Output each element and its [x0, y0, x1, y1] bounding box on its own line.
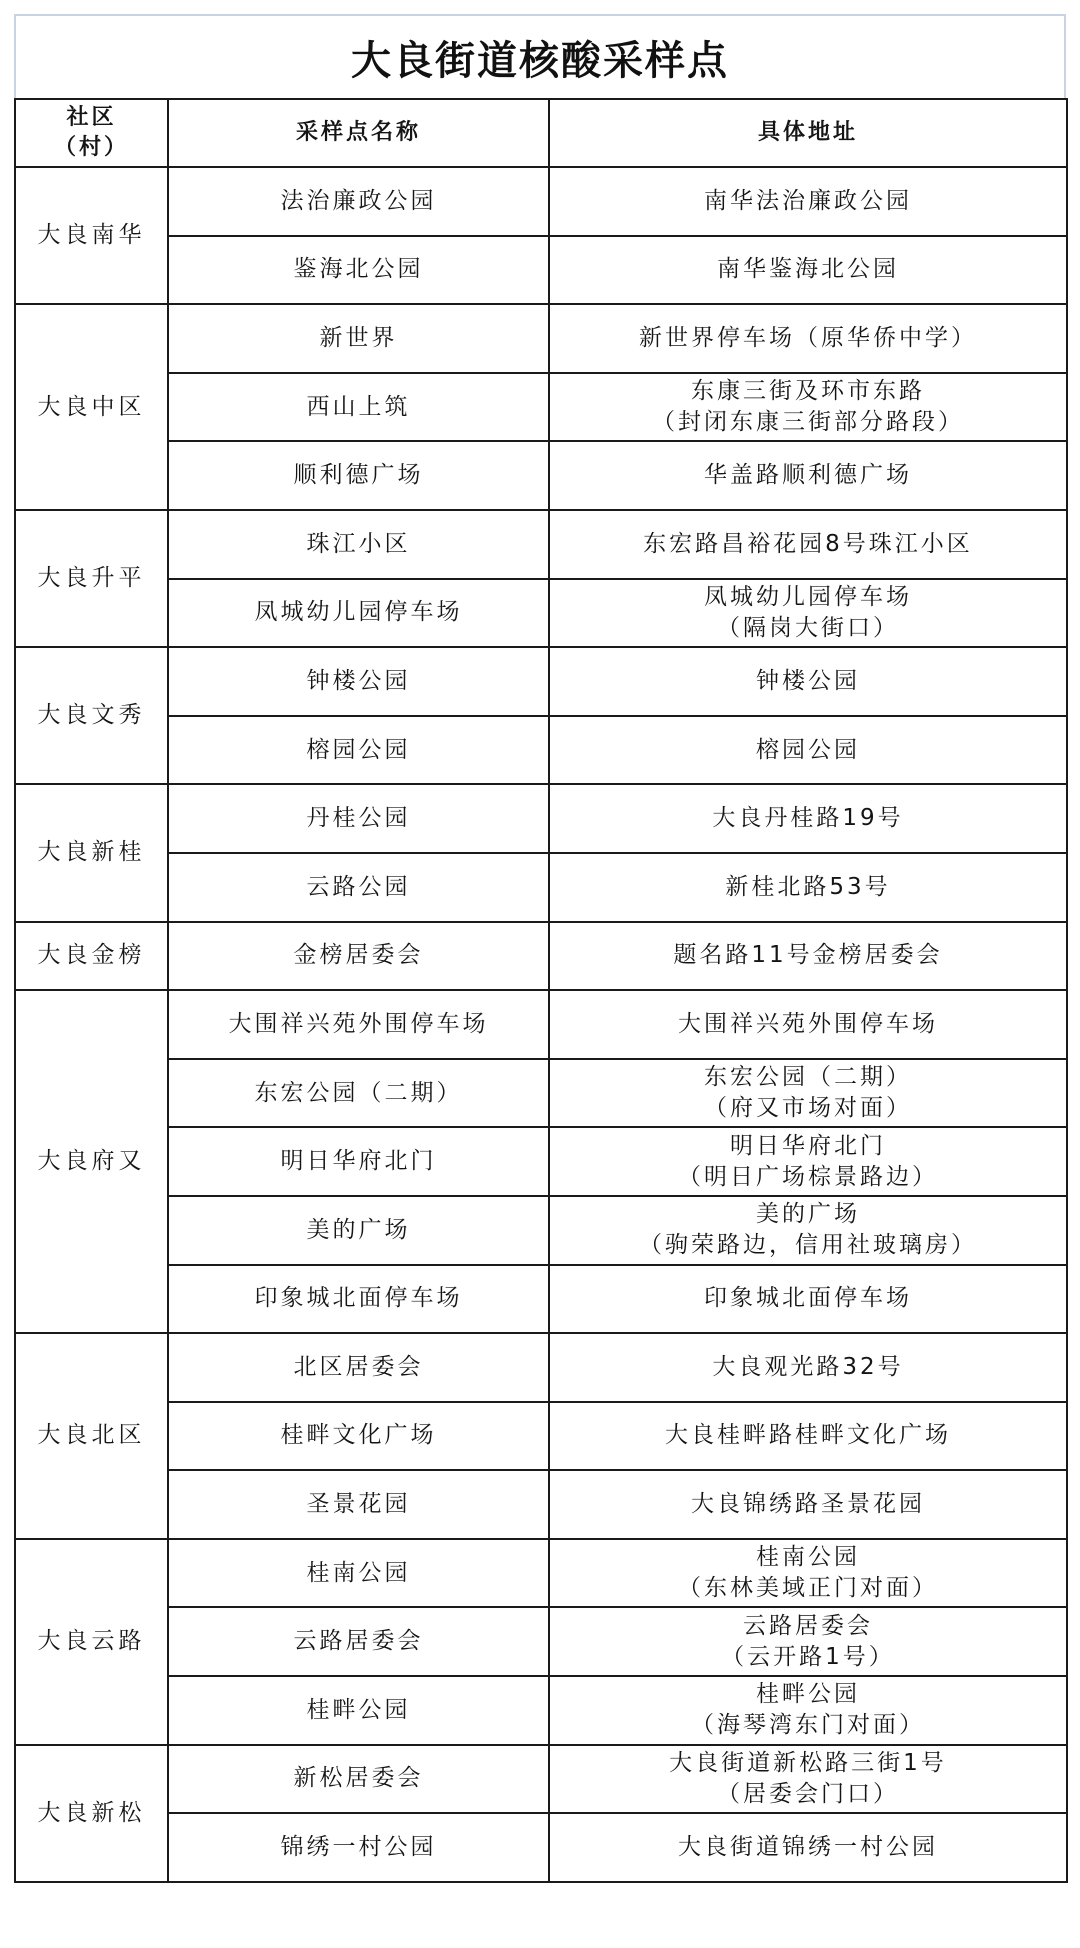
address-cell: 东宏公园（二期）（府又市场对面）	[549, 1059, 1067, 1128]
community-cell: 大良升平	[15, 510, 168, 647]
table-row: 圣景花园大良锦绣路圣景花园	[15, 1470, 1067, 1539]
site-name-cell: 桂南公园	[168, 1539, 549, 1608]
address-line: 大良观光路32号	[554, 1352, 1062, 1383]
community-cell: 大良金榜	[15, 922, 168, 991]
page-title: 大良街道核酸采样点	[14, 14, 1066, 98]
address-cell: 南华鉴海北公园	[549, 236, 1067, 305]
site-name-cell: 金榜居委会	[168, 922, 549, 991]
address-line: 美的广场	[554, 1199, 1062, 1230]
table-row: 榕园公园榕园公园	[15, 716, 1067, 785]
table-row: 明日华府北门明日华府北门（明日广场棕景路边）	[15, 1127, 1067, 1196]
address-line: 南华法治廉政公园	[554, 186, 1062, 217]
address-line: 新桂北路53号	[554, 872, 1062, 903]
community-cell: 大良北区	[15, 1333, 168, 1539]
table-row: 桂畔文化广场大良桂畔路桂畔文化广场	[15, 1402, 1067, 1471]
community-cell: 大良云路	[15, 1539, 168, 1745]
table-row: 大良北区北区居委会大良观光路32号	[15, 1333, 1067, 1402]
address-cell: 东康三街及环市东路（封闭东康三街部分路段）	[549, 373, 1067, 442]
address-line: 钟楼公园	[554, 666, 1062, 697]
address-line: 东宏公园（二期）	[554, 1062, 1062, 1093]
address-cell: 美的广场（驹荣路边，信用社玻璃房）	[549, 1196, 1067, 1265]
address-cell: 华盖路顺利德广场	[549, 441, 1067, 510]
table-row: 大良金榜金榜居委会题名路11号金榜居委会	[15, 922, 1067, 991]
site-name-cell: 锦绣一村公园	[168, 1813, 549, 1882]
address-cell: 凤城幼儿园停车场（隔岗大街口）	[549, 579, 1067, 648]
header-community-line1: 社区	[20, 103, 163, 133]
address-line: （封闭东康三街部分路段）	[554, 407, 1062, 438]
table-row: 大良升平珠江小区东宏路昌裕花园8号珠江小区	[15, 510, 1067, 579]
site-name-cell: 印象城北面停车场	[168, 1265, 549, 1334]
table-row: 云路居委会云路居委会（云开路1号）	[15, 1607, 1067, 1676]
table-row: 大良文秀钟楼公园钟楼公园	[15, 647, 1067, 716]
address-line: （居委会门口）	[554, 1779, 1062, 1810]
address-cell: 云路居委会（云开路1号）	[549, 1607, 1067, 1676]
table-row: 印象城北面停车场印象城北面停车场	[15, 1265, 1067, 1334]
site-name-cell: 圣景花园	[168, 1470, 549, 1539]
header-community: 社区 （村）	[15, 99, 168, 167]
address-line: 桂畔公园	[554, 1679, 1062, 1710]
community-cell: 大良文秀	[15, 647, 168, 784]
table-row: 东宏公园（二期）东宏公园（二期）（府又市场对面）	[15, 1059, 1067, 1128]
address-cell: 南华法治廉政公园	[549, 167, 1067, 236]
address-cell: 桂南公园（东林美域正门对面）	[549, 1539, 1067, 1608]
address-cell: 大良丹桂路19号	[549, 784, 1067, 853]
table-row: 大良新桂丹桂公园大良丹桂路19号	[15, 784, 1067, 853]
site-name-cell: 丹桂公园	[168, 784, 549, 853]
table-header-row: 社区 （村） 采样点名称 具体地址	[15, 99, 1067, 167]
community-cell: 大良新桂	[15, 784, 168, 921]
site-name-cell: 北区居委会	[168, 1333, 549, 1402]
address-cell: 钟楼公园	[549, 647, 1067, 716]
site-name-cell: 东宏公园（二期）	[168, 1059, 549, 1128]
address-line: 榕园公园	[554, 735, 1062, 766]
address-line: 东宏路昌裕花园8号珠江小区	[554, 529, 1062, 560]
site-name-cell: 法治廉政公园	[168, 167, 549, 236]
address-line: 明日华府北门	[554, 1131, 1062, 1162]
address-cell: 明日华府北门（明日广场棕景路边）	[549, 1127, 1067, 1196]
site-name-cell: 珠江小区	[168, 510, 549, 579]
table-row: 锦绣一村公园大良街道锦绣一村公园	[15, 1813, 1067, 1882]
site-name-cell: 大围祥兴苑外围停车场	[168, 990, 549, 1059]
site-name-cell: 榕园公园	[168, 716, 549, 785]
table-row: 顺利德广场华盖路顺利德广场	[15, 441, 1067, 510]
address-line: 大良桂畔路桂畔文化广场	[554, 1420, 1062, 1451]
address-cell: 大围祥兴苑外围停车场	[549, 990, 1067, 1059]
address-cell: 大良桂畔路桂畔文化广场	[549, 1402, 1067, 1471]
address-line: （云开路1号）	[554, 1642, 1062, 1673]
address-line: 凤城幼儿园停车场	[554, 582, 1062, 613]
address-cell: 新世界停车场（原华侨中学）	[549, 304, 1067, 373]
address-line: 桂南公园	[554, 1542, 1062, 1573]
site-name-cell: 桂畔公园	[168, 1676, 549, 1745]
address-cell: 新桂北路53号	[549, 853, 1067, 922]
address-cell: 大良街道锦绣一村公园	[549, 1813, 1067, 1882]
site-name-cell: 顺利德广场	[168, 441, 549, 510]
site-name-cell: 云路公园	[168, 853, 549, 922]
header-address: 具体地址	[549, 99, 1067, 167]
table-row: 鉴海北公园南华鉴海北公园	[15, 236, 1067, 305]
address-line: 大良锦绣路圣景花园	[554, 1489, 1062, 1520]
address-cell: 大良锦绣路圣景花园	[549, 1470, 1067, 1539]
address-line: （东林美域正门对面）	[554, 1573, 1062, 1604]
community-cell: 大良中区	[15, 304, 168, 510]
address-line: 新世界停车场（原华侨中学）	[554, 323, 1062, 354]
table-row: 美的广场美的广场（驹荣路边，信用社玻璃房）	[15, 1196, 1067, 1265]
address-line: 云路居委会	[554, 1611, 1062, 1642]
table-row: 云路公园新桂北路53号	[15, 853, 1067, 922]
site-name-cell: 桂畔文化广场	[168, 1402, 549, 1471]
table-row: 凤城幼儿园停车场凤城幼儿园停车场（隔岗大街口）	[15, 579, 1067, 648]
address-line: 大良丹桂路19号	[554, 803, 1062, 834]
address-line: 华盖路顺利德广场	[554, 460, 1062, 491]
address-line: （府又市场对面）	[554, 1093, 1062, 1124]
site-name-cell: 美的广场	[168, 1196, 549, 1265]
site-name-cell: 新世界	[168, 304, 549, 373]
address-line: （明日广场棕景路边）	[554, 1162, 1062, 1193]
table-row: 大良云路桂南公园桂南公园（东林美域正门对面）	[15, 1539, 1067, 1608]
header-site-name: 采样点名称	[168, 99, 549, 167]
site-name-cell: 钟楼公园	[168, 647, 549, 716]
address-cell: 大良观光路32号	[549, 1333, 1067, 1402]
site-name-cell: 鉴海北公园	[168, 236, 549, 305]
address-line: （隔岗大街口）	[554, 613, 1062, 644]
sampling-sites-table: 社区 （村） 采样点名称 具体地址 大良南华法治廉政公园南华法治廉政公园鉴海北公…	[14, 98, 1068, 1883]
address-cell: 东宏路昌裕花园8号珠江小区	[549, 510, 1067, 579]
site-name-cell: 西山上筑	[168, 373, 549, 442]
address-line: 东康三街及环市东路	[554, 376, 1062, 407]
site-name-cell: 明日华府北门	[168, 1127, 549, 1196]
address-line: （驹荣路边，信用社玻璃房）	[554, 1230, 1062, 1261]
table-body: 大良南华法治廉政公园南华法治廉政公园鉴海北公园南华鉴海北公园大良中区新世界新世界…	[15, 167, 1067, 1882]
address-cell: 桂畔公园（海琴湾东门对面）	[549, 1676, 1067, 1745]
sampling-sites-sheet: 大良街道核酸采样点 社区 （村） 采样点名称 具体地址 大良南华法治廉政公园南华…	[14, 14, 1066, 1883]
community-cell: 大良新松	[15, 1745, 168, 1882]
site-name-cell: 新松居委会	[168, 1745, 549, 1814]
table-row: 西山上筑东康三街及环市东路（封闭东康三街部分路段）	[15, 373, 1067, 442]
table-row: 大良新松新松居委会大良街道新松路三街1号（居委会门口）	[15, 1745, 1067, 1814]
site-name-cell: 云路居委会	[168, 1607, 549, 1676]
community-cell: 大良府又	[15, 990, 168, 1333]
table-row: 大良中区新世界新世界停车场（原华侨中学）	[15, 304, 1067, 373]
community-cell: 大良南华	[15, 167, 168, 304]
address-line: 南华鉴海北公园	[554, 254, 1062, 285]
address-cell: 题名路11号金榜居委会	[549, 922, 1067, 991]
address-line: 大围祥兴苑外围停车场	[554, 1009, 1062, 1040]
table-row: 大良府又大围祥兴苑外围停车场大围祥兴苑外围停车场	[15, 990, 1067, 1059]
table-row: 桂畔公园桂畔公园（海琴湾东门对面）	[15, 1676, 1067, 1745]
address-cell: 印象城北面停车场	[549, 1265, 1067, 1334]
address-line: （海琴湾东门对面）	[554, 1710, 1062, 1741]
address-cell: 大良街道新松路三街1号（居委会门口）	[549, 1745, 1067, 1814]
address-line: 印象城北面停车场	[554, 1283, 1062, 1314]
table-row: 大良南华法治廉政公园南华法治廉政公园	[15, 167, 1067, 236]
address-line: 大良街道锦绣一村公园	[554, 1832, 1062, 1863]
address-cell: 榕园公园	[549, 716, 1067, 785]
header-community-line2: （村）	[20, 133, 163, 163]
address-line: 大良街道新松路三街1号	[554, 1748, 1062, 1779]
address-line: 题名路11号金榜居委会	[554, 940, 1062, 971]
site-name-cell: 凤城幼儿园停车场	[168, 579, 549, 648]
